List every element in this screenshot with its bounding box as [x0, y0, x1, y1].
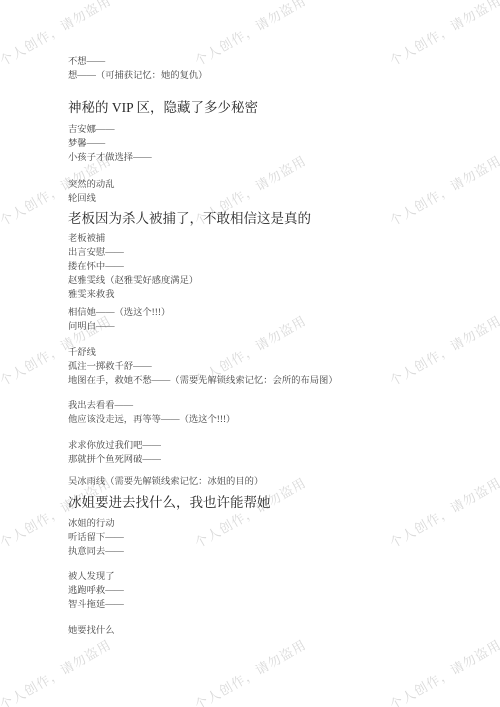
doc-line: 想——（可捕获记忆：她的复仇）	[68, 69, 450, 83]
document-page: 个人创作，请勿盗用 个人创作，请勿盗用 个人创作，请勿盗用 个人创作，请勿盗用 …	[0, 0, 500, 707]
choice-group: 相信她——（选这个!!!） 问明白——	[68, 306, 450, 334]
doc-line: 听话留下——	[68, 531, 450, 545]
choice-group: 冰姐的行动 听话留下—— 执意同去——	[68, 517, 450, 559]
doc-line: 求求你放过我们吧——	[68, 439, 450, 453]
doc-heading: 冰姐要进去找什么，我也许能帮她	[68, 494, 450, 512]
doc-line: 突然的动乱	[68, 178, 450, 192]
doc-line: 问明白——	[68, 320, 450, 334]
choice-group: 老板被捕 出言安慰—— 搂在怀中—— 赵雅雯线（赵雅雯好感度满足） 雅雯来救我	[68, 232, 450, 302]
doc-line: 执意同去——	[68, 545, 450, 559]
choice-group: 不想—— 想——（可捕获记忆：她的复仇）	[68, 55, 450, 83]
doc-line: 地图在手，救她不愁——（需要先解锁线索记忆：会所的布局图）	[68, 374, 450, 388]
doc-line: 她要找什么	[68, 624, 450, 638]
doc-line: 轮回线	[68, 192, 450, 206]
choice-group: 千舒线 孤注一掷救千舒—— 地图在手，救她不愁——（需要先解锁线索记忆：会所的布…	[68, 346, 450, 388]
watermark-text: 个人创作，请勿盗用	[191, 634, 310, 707]
choice-group: 我出去看看—— 他应该没走远，再等等——（选这个!!!）	[68, 399, 450, 427]
choice-group: 被人发现了 逃跑呼救—— 智斗拖延——	[68, 570, 450, 612]
document-content: 不想—— 想——（可捕获记忆：她的复仇） 神秘的 VIP 区，隐藏了多少秘密 吉…	[68, 55, 450, 638]
doc-line: 被人发现了	[68, 570, 450, 584]
doc-line: 智斗拖延——	[68, 598, 450, 612]
doc-line: 不想——	[68, 55, 450, 69]
doc-line: 那就拼个鱼死网破——	[68, 453, 450, 467]
doc-heading: 神秘的 VIP 区，隐藏了多少秘密	[68, 99, 450, 117]
choice-group: 吉安娜—— 梦馨—— 小孩子才做选择——	[68, 123, 450, 165]
choice-group: 吴冰雨线（需要先解锁线索记忆：冰姐的目的）	[68, 475, 450, 489]
doc-line: 老板被捕	[68, 232, 450, 246]
doc-line: 吴冰雨线（需要先解锁线索记忆：冰姐的目的）	[68, 475, 450, 489]
doc-line: 我出去看看——	[68, 399, 450, 413]
doc-line: 雅雯来救我	[68, 288, 450, 302]
doc-line: 搂在怀中——	[68, 260, 450, 274]
doc-line: 梦馨——	[68, 137, 450, 151]
watermark-text: 个人创作，请勿盗用	[0, 634, 114, 707]
choice-group: 她要找什么	[68, 624, 450, 638]
doc-line: 孤注一掷救千舒——	[68, 360, 450, 374]
doc-line: 吉安娜——	[68, 123, 450, 137]
doc-line: 赵雅雯线（赵雅雯好感度满足）	[68, 274, 450, 288]
watermark-text: 个人创作，请勿盗用	[386, 634, 500, 707]
doc-line: 小孩子才做选择——	[68, 151, 450, 165]
doc-line: 千舒线	[68, 346, 450, 360]
choice-group: 突然的动乱 轮回线	[68, 178, 450, 206]
doc-line: 出言安慰——	[68, 246, 450, 260]
doc-line: 他应该没走远，再等等——（选这个!!!）	[68, 413, 450, 427]
doc-line: 冰姐的行动	[68, 517, 450, 531]
doc-line: 相信她——（选这个!!!）	[68, 306, 450, 320]
choice-group: 求求你放过我们吧—— 那就拼个鱼死网破——	[68, 439, 450, 467]
doc-line: 逃跑呼救——	[68, 584, 450, 598]
doc-heading: 老板因为杀人被捕了，不敢相信这是真的	[68, 210, 450, 228]
